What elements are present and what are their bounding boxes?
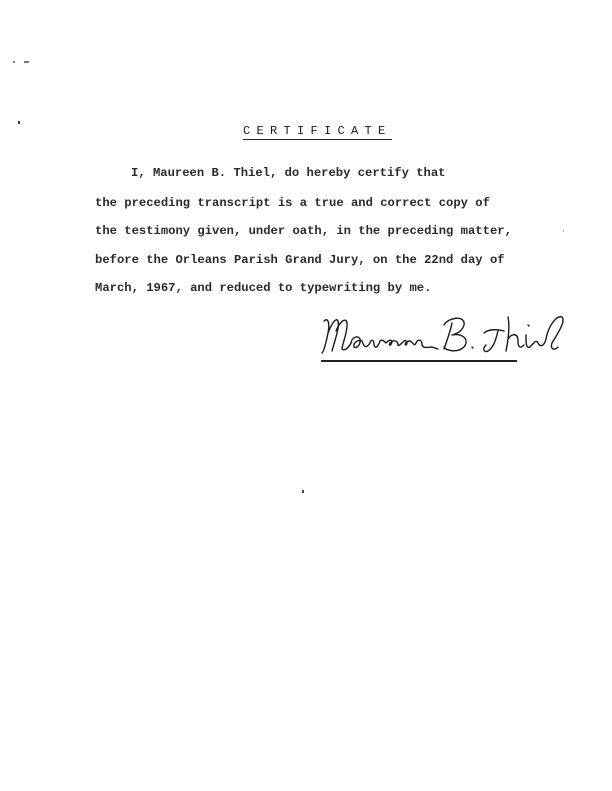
signature-line: [321, 360, 517, 362]
certificate-text-line: March, 1967, and reduced to typewriting …: [95, 281, 431, 295]
scan-artifact: [24, 61, 29, 63]
scan-artifact: [18, 121, 20, 124]
scan-artifact: [13, 61, 15, 63]
certificate-text-line: I, Maureen B. Thiel, do hereby certify t…: [131, 166, 446, 180]
certificate-text-line: the testimony given, under oath, in the …: [95, 224, 512, 238]
certificate-heading: CERTIFICATE: [243, 124, 392, 140]
certificate-text-line: the preceding transcript is a true and c…: [95, 196, 490, 210]
certificate-text-line: before the Orleans Parish Grand Jury, on…: [95, 253, 505, 267]
handwritten-signature: [318, 303, 583, 358]
scan-artifact: [302, 490, 304, 493]
scan-artifact: [563, 230, 564, 232]
